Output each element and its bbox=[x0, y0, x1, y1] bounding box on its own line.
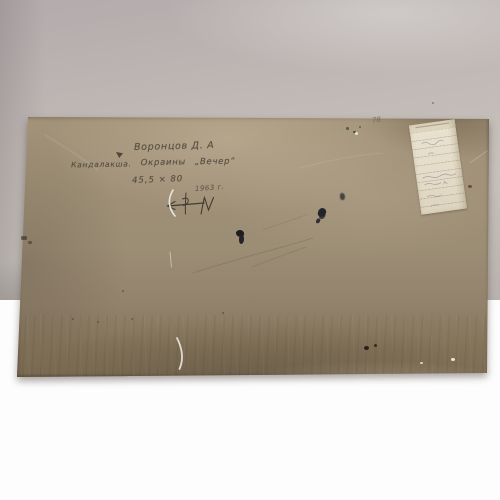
inscription-corner-number: 78 bbox=[372, 116, 382, 125]
inscription-location: Кандалакша. bbox=[71, 158, 132, 169]
inscription-artist: Воронцов Д. А bbox=[134, 140, 215, 153]
inscription-title: „Вечер“ bbox=[195, 157, 236, 168]
inscription-series: Окраины bbox=[141, 157, 186, 168]
photo-of-painting-verso: { "inscription": { "artist": "Воронцов Д… bbox=[0, 0, 500, 500]
inscription-dimensions: 45,5 × 80 bbox=[132, 174, 184, 186]
